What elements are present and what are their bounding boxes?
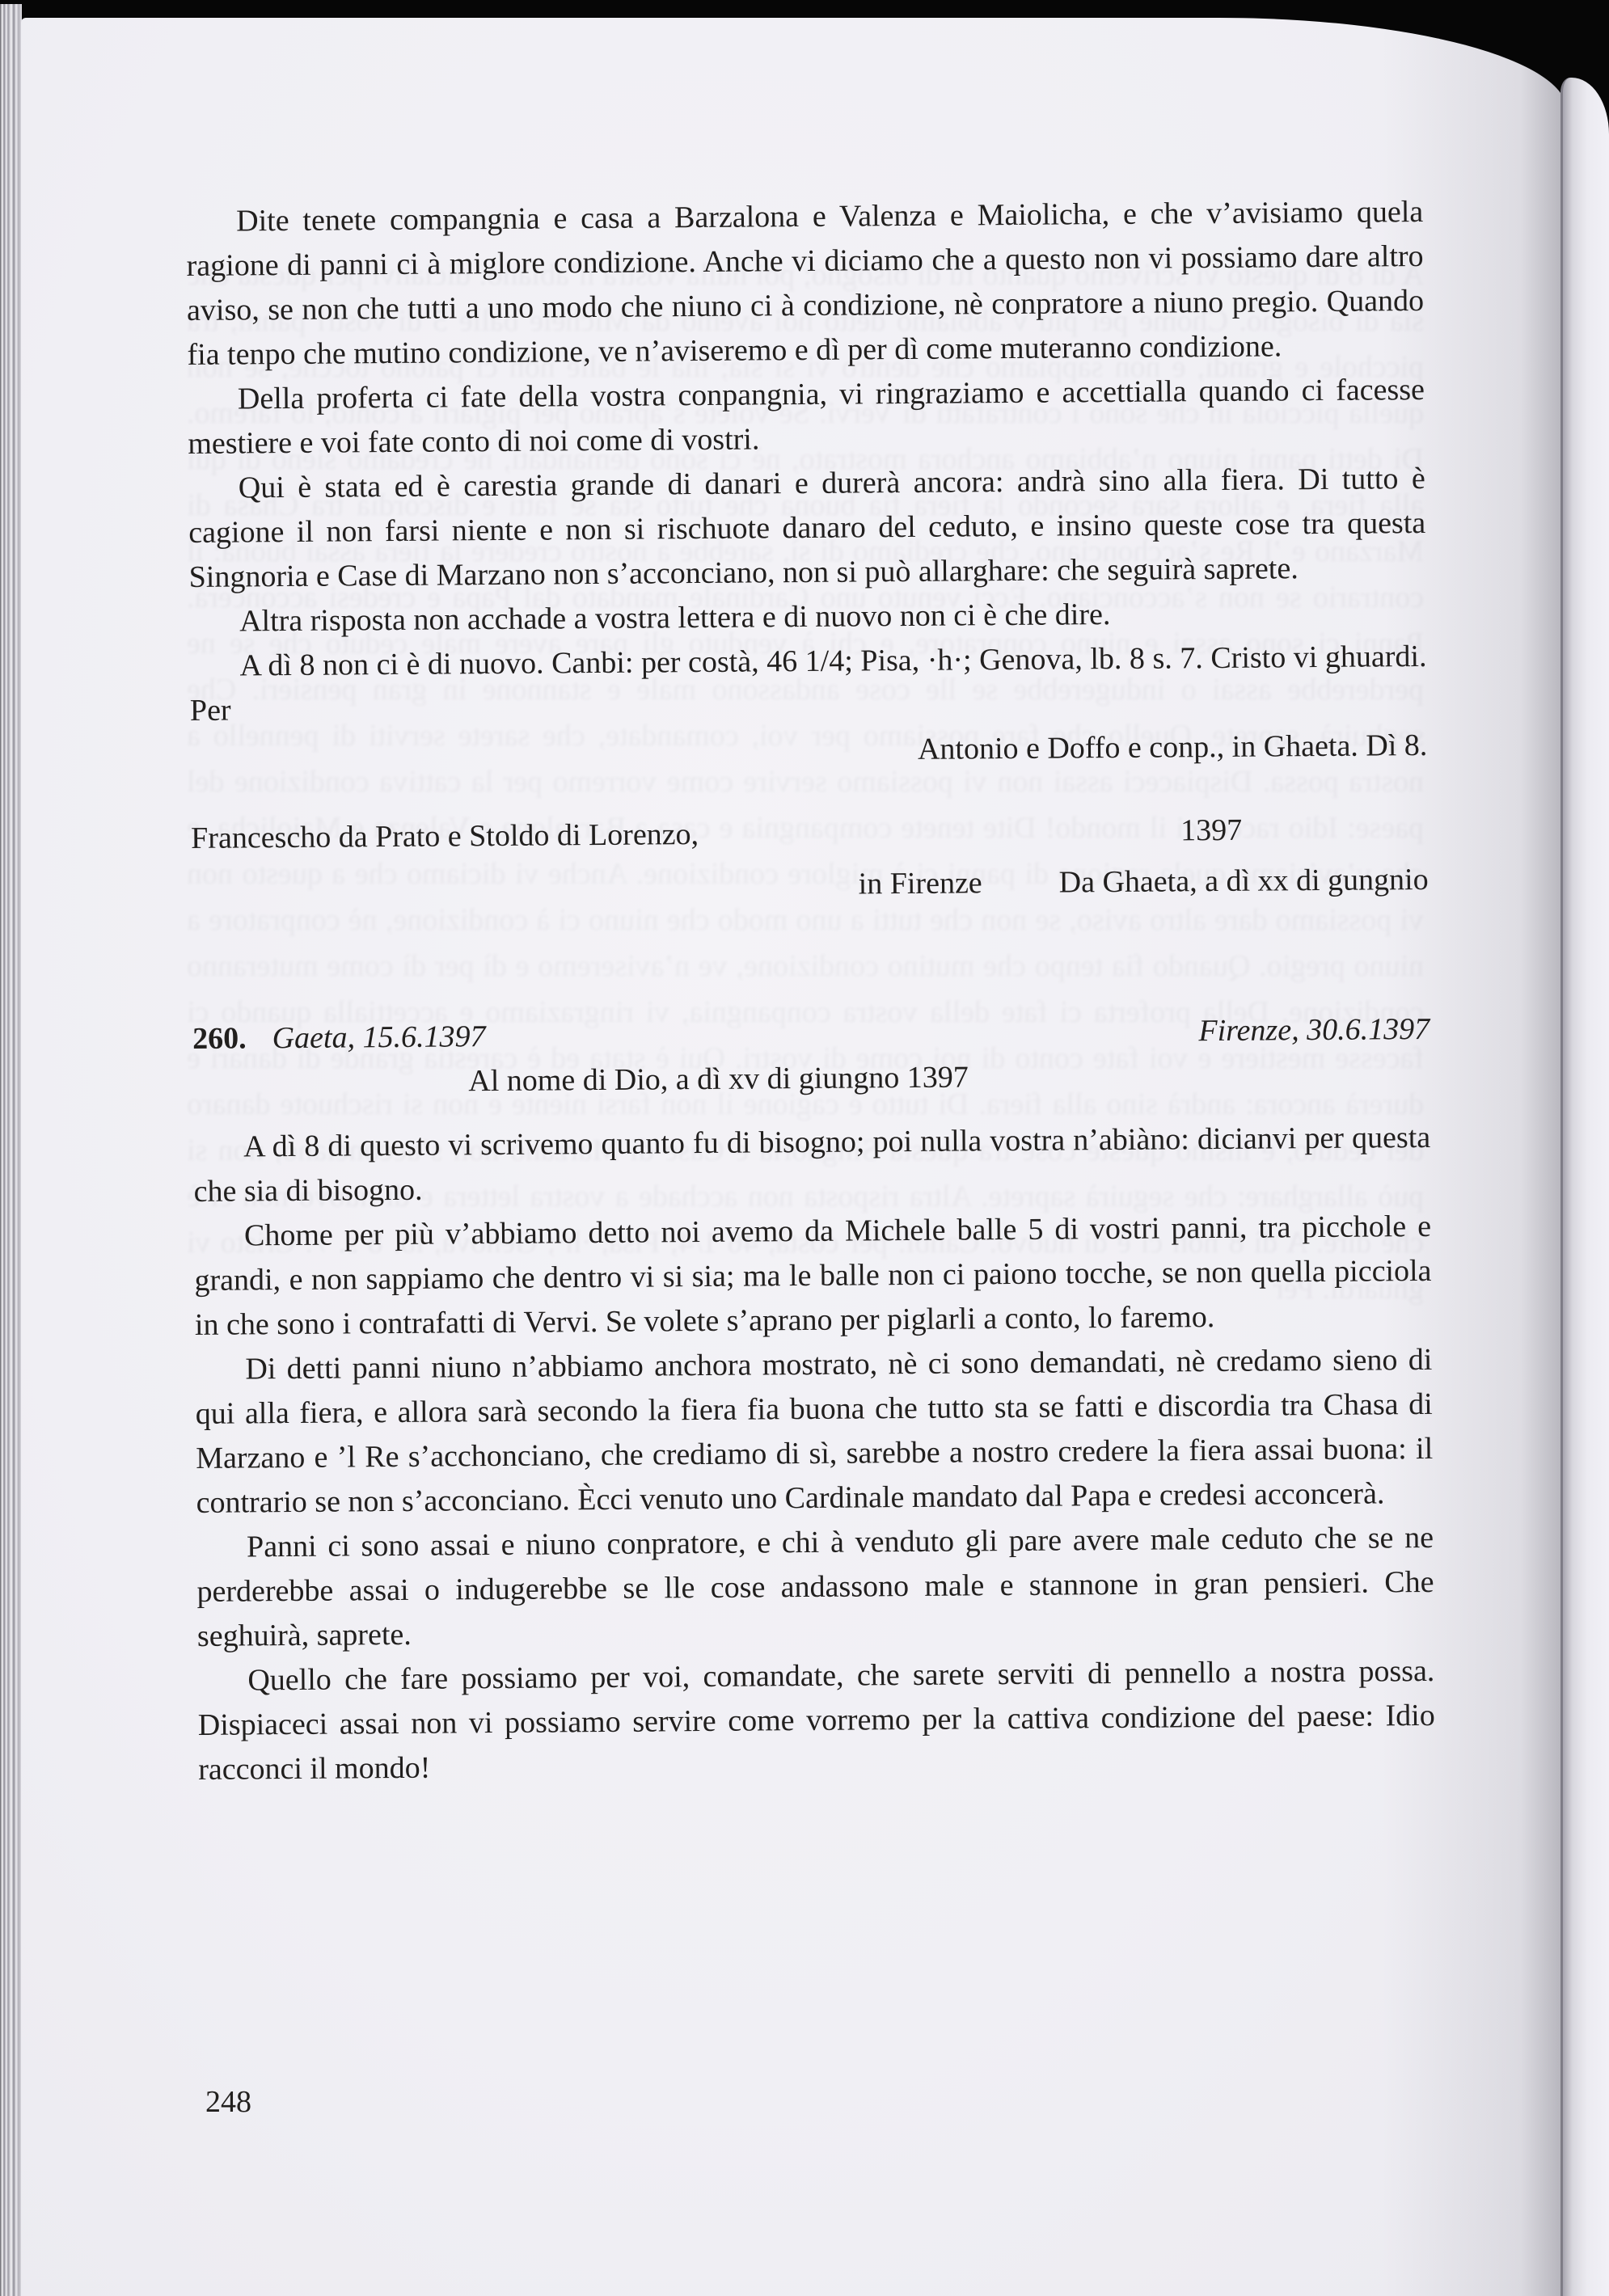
letter-paragraph: Quello che fare possiamo per voi, comand… [197,1649,1435,1792]
letter-paragraph: Panni ci sono assai e niuno conpratore, … [196,1516,1434,1659]
page-content: Dite tenete compangnia e casa a Barzalon… [186,190,1435,1792]
address-recipient: Francescho da Prato e Stoldo di Lorenzo, [191,817,699,855]
page-number: 248 [205,2084,251,2120]
page-edges [0,4,22,2296]
address-origin: Da Ghaeta, a dì xx di gungnio [1059,858,1429,905]
letter-destination-date: Firenze, 30.6.1397 [1198,1007,1430,1053]
letter-paragraph: A dì 8 non ci è di nuovo. Canbi: per cos… [189,635,1427,733]
letter-text: A dì 8 di questo vi scrivemo quanto fu d… [193,1116,1435,1792]
next-page-edge [1560,78,1609,2296]
book-scan: A dì 8 di questo vi scrivemo quanto fu d… [0,0,1609,2296]
letter-paragraph: Qui è stata ed è carestia grande di dana… [188,457,1426,600]
letter-paragraph: Della proferta ci fate della vostra conp… [188,368,1425,466]
letter-paragraph: A dì 8 di questo vi scrivemo quanto fu d… [193,1116,1431,1214]
address-block: Francescho da Prato e Stoldo di Lorenzo,… [191,807,1429,912]
letter-paragraph: Di detti panni niuno n’abbiamo anchora m… [195,1338,1434,1526]
letter-260-body: Al nome di Dio, a dì xv di giungno 1397 … [192,1052,1435,1792]
letter-number: 260. [192,1016,247,1061]
address-year: 1397 [1180,808,1242,854]
letter-paragraph: Chome per più v’abbiamo detto noi avemo … [194,1205,1432,1348]
address-recipient-place: in Firenze [858,861,982,906]
letter-origin-date: Gaeta, 15.6.1397 [272,1015,485,1061]
address-recipient-row: Francescho da Prato e Stoldo di Lorenzo,… [191,807,1428,861]
letter-259-continuation: Dite tenete compangnia e casa a Barzalon… [186,190,1429,912]
book-page: A dì 8 di questo vi scrivemo quanto fu d… [21,18,1567,2296]
address-origin-row: in Firenze Da Ghaeta, a dì xx di gungnio [191,858,1428,912]
letter-paragraph: Dite tenete compangnia e casa a Barzalon… [186,190,1425,378]
letter-signature: Antonio e Doffo e conp., in Ghaeta. Dì 8… [190,724,1427,778]
